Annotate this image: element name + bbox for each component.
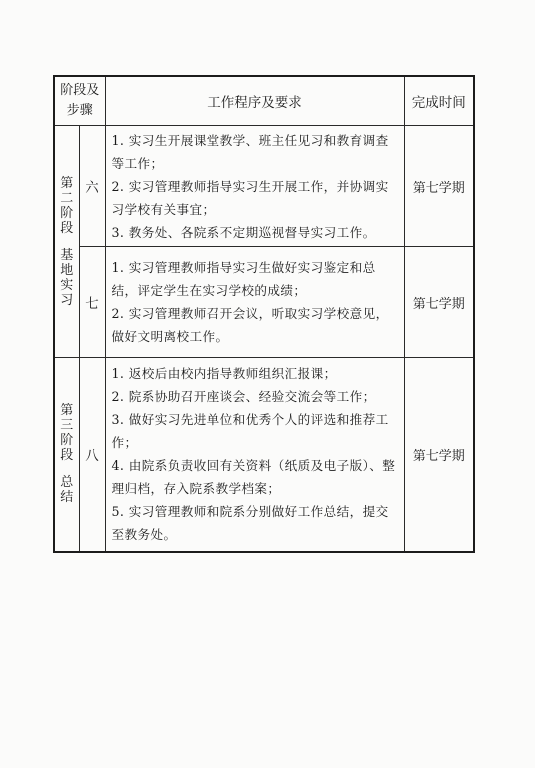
requirement-item: 3. 做好实习先进单位和优秀个人的评选和推荐工作； (112, 408, 400, 454)
completion-time: 第七学期 (404, 126, 474, 247)
requirements-cell: 1. 实习管理教师指导实习生做好实习鉴定和总结，评定学生在实习学校的成绩； 2.… (105, 247, 404, 358)
stage-label: 第三阶段 (60, 403, 74, 463)
requirement-item: 4. 由院系负责收回有关资料（纸质及电子版）、整理归档，存入院系教学档案； (112, 454, 400, 500)
table-row: 第二阶段 基地实习 六 1. 实习生开展课堂教学、班主任见习和教育调查等工作； … (54, 126, 474, 247)
internship-schedule-table: 阶段及步骤 工作程序及要求 完成时间 第二阶段 基地实习 六 1. 实习生开展课… (53, 75, 475, 553)
step-number: 七 (79, 247, 105, 358)
step-number: 六 (79, 126, 105, 247)
document-page: 阶段及步骤 工作程序及要求 完成时间 第二阶段 基地实习 六 1. 实习生开展课… (0, 0, 535, 768)
requirement-item: 5. 实习管理教师和院系分别做好工作总结，提交至教务处。 (112, 500, 400, 546)
requirement-item: 3. 教务处、各院系不定期巡视督导实习工作。 (112, 221, 400, 244)
stage-name: 总结 (60, 475, 74, 505)
step-number: 八 (79, 358, 105, 552)
requirements-cell: 1. 实习生开展课堂教学、班主任见习和教育调查等工作； 2. 实习管理教师指导实… (105, 126, 404, 247)
requirement-item: 2. 院系协助召开座谈会、经验交流会等工作； (112, 385, 400, 408)
requirement-item: 1. 实习管理教师指导实习生做好实习鉴定和总结，评定学生在实习学校的成绩； (112, 256, 400, 302)
stage-label: 第二阶段 (60, 176, 74, 236)
requirement-item: 2. 实习管理教师指导实习生开展工作，并协调实习学校有关事宜； (112, 175, 400, 221)
header-stage-step: 阶段及步骤 (54, 76, 105, 126)
completion-time: 第七学期 (404, 247, 474, 358)
table-header-row: 阶段及步骤 工作程序及要求 完成时间 (54, 76, 474, 126)
requirement-item: 2. 实习管理教师召开会议，听取实习学校意见，做好文明离校工作。 (112, 302, 400, 348)
stage-cell-2: 第二阶段 基地实习 (54, 126, 79, 358)
stage-name: 基地实习 (60, 248, 74, 308)
header-requirements: 工作程序及要求 (105, 76, 404, 126)
table-row: 七 1. 实习管理教师指导实习生做好实习鉴定和总结，评定学生在实习学校的成绩； … (54, 247, 474, 358)
header-stage-step-label: 阶段及步骤 (58, 81, 102, 121)
requirements-cell: 1. 返校后由校内指导教师组织汇报课； 2. 院系协助召开座谈会、经验交流会等工… (105, 358, 404, 552)
header-completion-time: 完成时间 (404, 76, 474, 126)
requirement-item: 1. 返校后由校内指导教师组织汇报课； (112, 362, 400, 385)
table-row: 第三阶段 总结 八 1. 返校后由校内指导教师组织汇报课； 2. 院系协助召开座… (54, 358, 474, 552)
stage-cell-3: 第三阶段 总结 (54, 358, 79, 552)
completion-time: 第七学期 (404, 358, 474, 552)
requirement-item: 1. 实习生开展课堂教学、班主任见习和教育调查等工作； (112, 129, 400, 175)
